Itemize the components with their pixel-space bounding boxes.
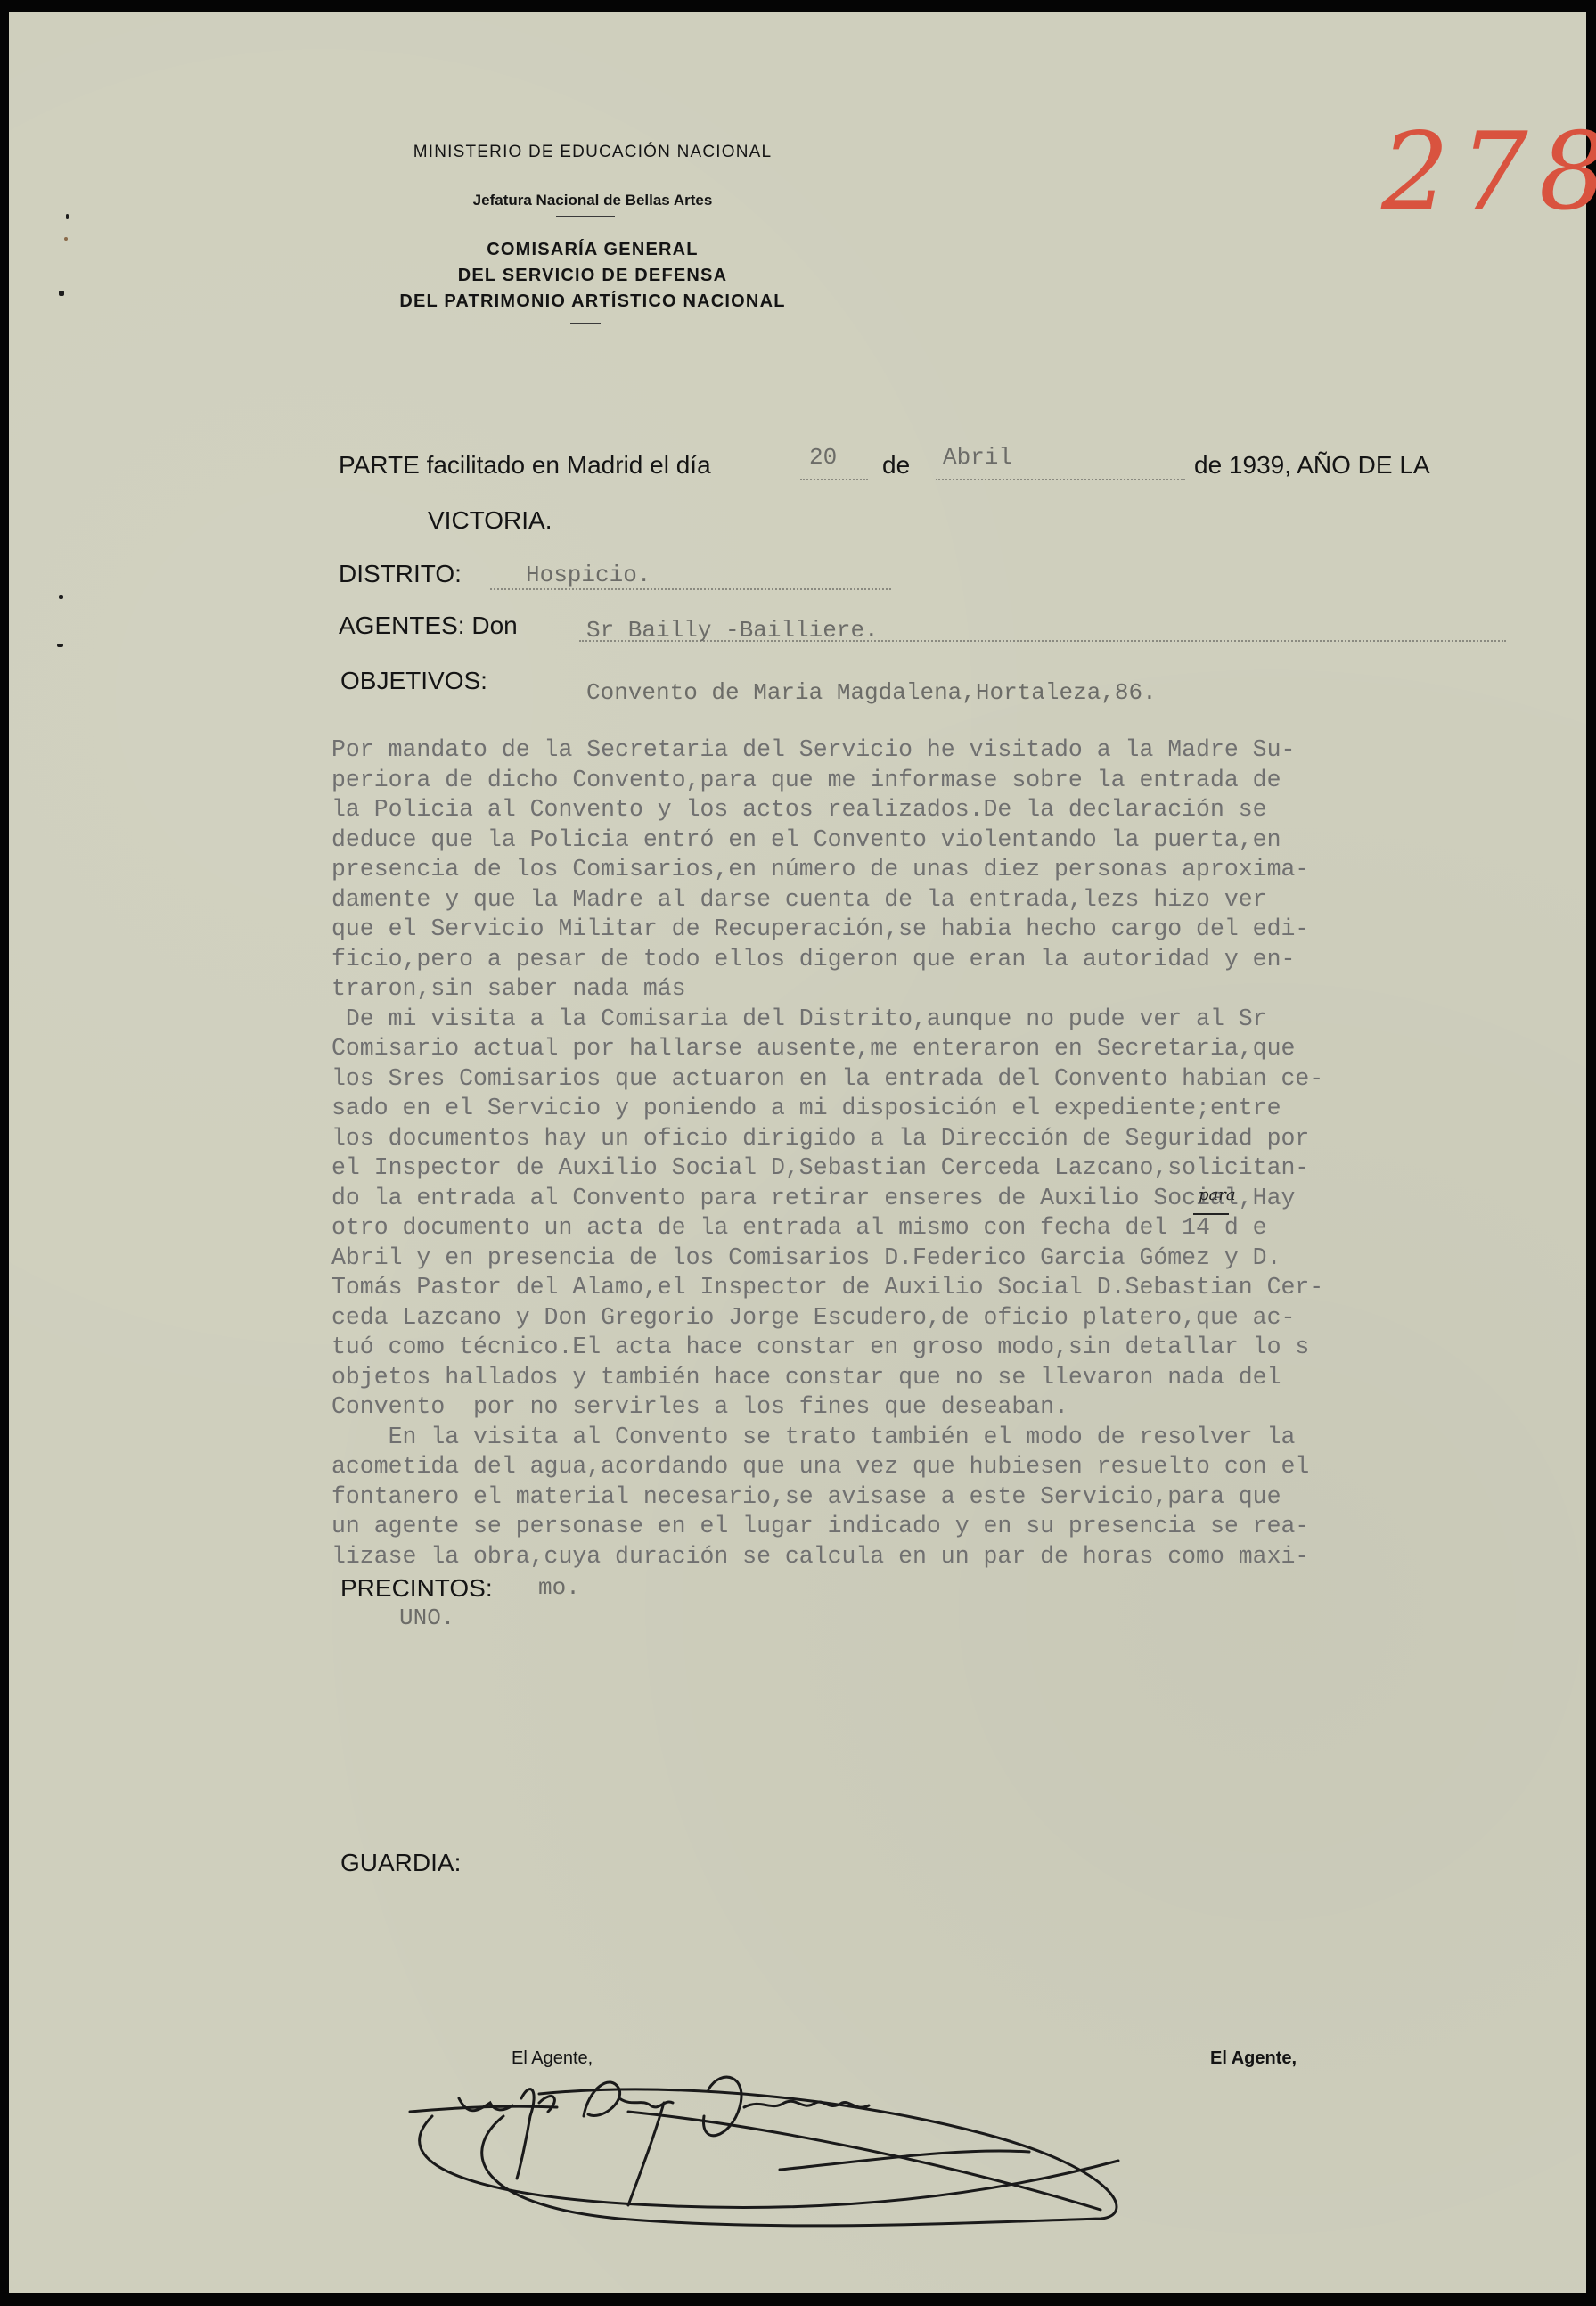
letterhead-divider bbox=[556, 316, 615, 316]
signature-right-label: El Agente, bbox=[1210, 2048, 1297, 2069]
victoria-text: VICTORIA. bbox=[428, 506, 552, 535]
body-line: De mi visita a la Comisaria del Distrito… bbox=[331, 1005, 1596, 1035]
body-line: que el Servicio Militar de Recuperación,… bbox=[331, 915, 1596, 945]
letterhead-divider bbox=[556, 216, 615, 217]
body-line: periora de dicho Convento,para que me in… bbox=[331, 766, 1596, 796]
body-line: lizase la obra,cuya duración se calcula … bbox=[331, 1542, 1596, 1572]
distrito-label: DISTRITO: bbox=[339, 560, 462, 588]
body-line: damente y que la Madre al darse cuenta d… bbox=[331, 885, 1596, 915]
letterhead-ministry: MINISTERIO DE EDUCACIÓN NACIONAL bbox=[339, 143, 847, 162]
body-line: presencia de los Comisarios,en número de… bbox=[331, 855, 1596, 885]
body-line: acometida del agua,acordando que una vez… bbox=[331, 1452, 1596, 1482]
body-line: do la entrada al Convento para retirar e… bbox=[331, 1184, 1596, 1214]
dotted-line bbox=[800, 479, 868, 480]
precintos-value: UNO. bbox=[399, 1604, 454, 1631]
body-line: ceda Lazcano y Don Gregorio Jorge Escude… bbox=[331, 1303, 1596, 1334]
body-line: Comisario actual por hallarse ausente,me… bbox=[331, 1034, 1596, 1064]
body-line: el Inspector de Auxilio Social D,Sebasti… bbox=[331, 1153, 1596, 1184]
body-line: En la visita al Convento se trato tambié… bbox=[331, 1423, 1596, 1453]
letterhead-divider bbox=[565, 168, 618, 168]
body-line: sado en el Servicio y poniendo a mi disp… bbox=[331, 1094, 1596, 1124]
commission-line-3: DEL PATRIMONIO ARTÍSTICO NACIONAL bbox=[339, 289, 847, 315]
margin-mark bbox=[64, 237, 68, 241]
body-line: Abril y en presencia de los Comisarios D… bbox=[331, 1243, 1596, 1274]
agentes-label: AGENTES: Don bbox=[339, 611, 518, 640]
margin-mark bbox=[59, 595, 63, 599]
margin-mark bbox=[59, 291, 64, 296]
body-line: fontanero el material necesario,se avisa… bbox=[331, 1482, 1596, 1513]
objetivos-label: OBJETIVOS: bbox=[340, 667, 487, 695]
body-line: un agente se personase en el lugar indic… bbox=[331, 1512, 1596, 1542]
body-line: traron,sin saber nada más bbox=[331, 974, 1596, 1005]
agentes-value: Sr Bailly -Bailliere. bbox=[586, 617, 879, 644]
body-line: otro documento un acta de la entrada al … bbox=[331, 1213, 1596, 1243]
strikethrough-mark bbox=[1193, 1213, 1229, 1215]
commission-line-2: DEL SERVICIO DE DEFENSA bbox=[339, 263, 847, 289]
report-header-line: PARTE facilitado en Madrid el día bbox=[339, 451, 711, 480]
body-line: objetos hallados y también hace constar … bbox=[331, 1363, 1596, 1393]
dotted-line bbox=[936, 479, 1185, 480]
distrito-value: Hospicio. bbox=[526, 562, 651, 588]
handwritten-signature bbox=[405, 2063, 1207, 2241]
parte-label: PARTE bbox=[339, 451, 420, 479]
handwritten-correction: para bbox=[1199, 1186, 1236, 1204]
margin-mark bbox=[57, 644, 63, 647]
month-value: Abril bbox=[943, 444, 1012, 471]
year-text: de 1939, AÑO DE LA bbox=[1194, 451, 1430, 480]
body-line: los Sres Comisarios que actuaron en la e… bbox=[331, 1064, 1596, 1095]
folio-number: 278 bbox=[1381, 119, 1596, 226]
objetivos-value: Convento de Maria Magdalena,Hortaleza,86… bbox=[586, 679, 1157, 706]
document-page: MINISTERIO DE EDUCACIÓN NACIONAL Jefatur… bbox=[9, 12, 1586, 2293]
body-line: Tomás Pastor del Alamo,el Inspector de A… bbox=[331, 1273, 1596, 1303]
body-line: los documentos hay un oficio dirigido a … bbox=[331, 1124, 1596, 1154]
body-line: deduce que la Policia entró en el Conven… bbox=[331, 825, 1596, 856]
commission-line-1: COMISARÍA GENERAL bbox=[339, 237, 847, 263]
body-line: la Policia al Convento y los actos reali… bbox=[331, 795, 1596, 825]
report-body: Por mandato de la Secretaria del Servici… bbox=[331, 735, 1596, 1572]
dotted-line bbox=[490, 588, 891, 590]
facilitado-text: facilitado en Madrid el día bbox=[427, 451, 711, 479]
day-value: 20 bbox=[809, 444, 837, 471]
body-line: ficio,pero a pesar de todo ellos digeron… bbox=[331, 945, 1596, 975]
body-line: Convento por no servirles a los fines qu… bbox=[331, 1392, 1596, 1423]
letterhead-divider bbox=[570, 323, 601, 324]
de-text: de bbox=[882, 451, 910, 480]
body-line: tuó como técnico.El acta hace constar en… bbox=[331, 1333, 1596, 1363]
precintos-label: PRECINTOS: bbox=[340, 1574, 493, 1603]
letterhead-commission: COMISARÍA GENERAL DEL SERVICIO DE DEFENS… bbox=[339, 237, 847, 315]
precintos-continuation: mo. bbox=[538, 1574, 580, 1601]
margin-mark bbox=[66, 214, 69, 219]
guardia-label: GUARDIA: bbox=[340, 1849, 461, 1877]
letterhead-department: Jefatura Nacional de Bellas Artes bbox=[339, 192, 847, 209]
body-line: Por mandato de la Secretaria del Servici… bbox=[331, 735, 1596, 766]
